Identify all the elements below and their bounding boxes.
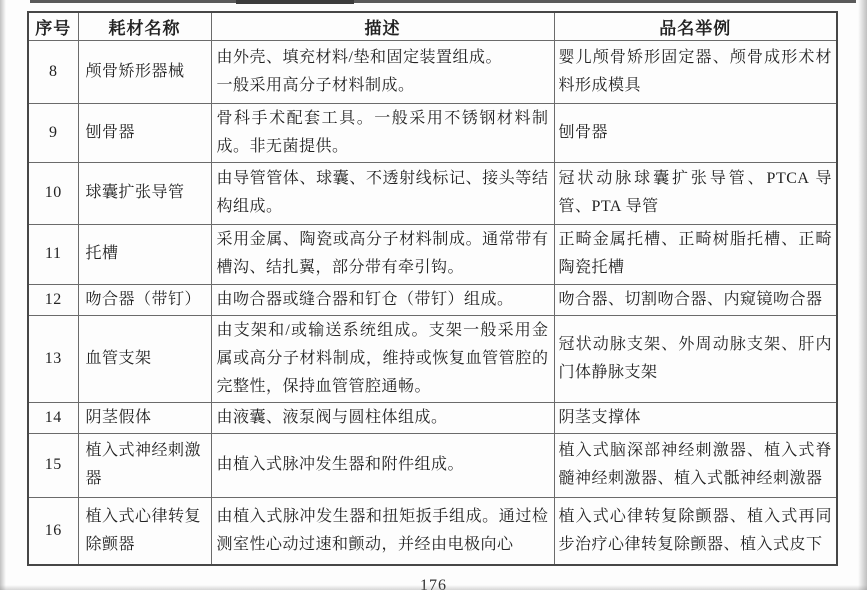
cell-description: 由植入式脉冲发生器和扭矩扳手组成。通过检测室性心动过速和颤动，并经由电极向心 xyxy=(211,497,554,565)
cell-no: 15 xyxy=(28,433,78,497)
medical-consumables-table: 序号 耗材名称 描述 品名举例 8 颅骨矫形器械 由外壳、填充材料/垫和固定装置… xyxy=(27,11,838,566)
cell-name: 植入式心律转复除颤器 xyxy=(78,497,211,565)
cell-description: 骨科手术配套工具。一般采用不锈钢材料制成。非无菌提供。 xyxy=(211,103,554,162)
cell-no: 8 xyxy=(28,40,78,103)
cell-description: 由导管管体、球囊、不透射线标记、接头等结构组成。 xyxy=(211,162,554,224)
cell-examples: 刨骨器 xyxy=(554,103,837,162)
cell-no: 14 xyxy=(28,402,78,433)
scan-edge-bottom xyxy=(0,585,867,590)
table-row: 10 球囊扩张导管 由导管管体、球囊、不透射线标记、接头等结构组成。 冠状动脉球… xyxy=(28,162,837,224)
cell-no: 11 xyxy=(28,224,78,284)
cell-description: 由支架和/或输送系统组成。支架一般采用金属或高分子材料制成，维持或恢复血管管腔的… xyxy=(211,315,554,402)
cell-examples: 冠状动脉支架、外周动脉支架、肝内门体静脉支架 xyxy=(554,315,837,402)
page-top-crop-line-dark-segment xyxy=(236,0,354,4)
scan-edge-right xyxy=(858,0,867,590)
cell-examples: 植入式脑深部神经刺激器、植入式脊髓神经刺激器、植入式骶神经刺激器 xyxy=(554,433,837,497)
page-top-crop-line xyxy=(30,0,856,3)
cell-name: 植入式神经刺激器 xyxy=(78,433,211,497)
cell-name: 球囊扩张导管 xyxy=(78,162,211,224)
table-header-row: 序号 耗材名称 描述 品名举例 xyxy=(28,12,837,40)
cell-no: 10 xyxy=(28,162,78,224)
cell-no: 16 xyxy=(28,497,78,565)
cell-description: 由吻合器或缝合器和钉仓（带钉）组成。 xyxy=(211,284,554,315)
column-header-no: 序号 xyxy=(28,12,78,40)
cell-description: 由植入式脉冲发生器和附件组成。 xyxy=(211,433,554,497)
column-header-examples: 品名举例 xyxy=(554,12,837,40)
cell-description: 采用金属、陶瓷或高分子材料制成。通常带有槽沟、结扎翼，部分带有牵引钩。 xyxy=(211,224,554,284)
cell-examples: 冠状动脉球囊扩张导管、PTCA 导管、PTA 导管 xyxy=(554,162,837,224)
cell-name: 颅骨矫形器械 xyxy=(78,40,211,103)
cell-name: 血管支架 xyxy=(78,315,211,402)
cell-examples: 植入式心律转复除颤器、植入式再同步治疗心律转复除颤器、植入式皮下 xyxy=(554,497,837,565)
cell-name: 吻合器（带钉） xyxy=(78,284,211,315)
cell-no: 12 xyxy=(28,284,78,315)
cell-description: 由液囊、液泵阀与圆柱体组成。 xyxy=(211,402,554,433)
cell-name: 托槽 xyxy=(78,224,211,284)
cell-no: 13 xyxy=(28,315,78,402)
column-header-name: 耗材名称 xyxy=(78,12,211,40)
cell-examples: 阴茎支撑体 xyxy=(554,402,837,433)
cell-examples: 正畸金属托槽、正畸树脂托槽、正畸陶瓷托槽 xyxy=(554,224,837,284)
table-row: 14 阴茎假体 由液囊、液泵阀与圆柱体组成。 阴茎支撑体 xyxy=(28,402,837,433)
column-header-description: 描述 xyxy=(211,12,554,40)
table-row: 9 刨骨器 骨科手术配套工具。一般采用不锈钢材料制成。非无菌提供。 刨骨器 xyxy=(28,103,837,162)
cell-examples: 吻合器、切割吻合器、内窥镜吻合器 xyxy=(554,284,837,315)
cell-examples: 婴儿颅骨矫形固定器、颅骨成形术材料形成模具 xyxy=(554,40,837,103)
scan-edge-left xyxy=(0,0,6,590)
table-row: 13 血管支架 由支架和/或输送系统组成。支架一般采用金属或高分子材料制成，维持… xyxy=(28,315,837,402)
table-row: 11 托槽 采用金属、陶瓷或高分子材料制成。通常带有槽沟、结扎翼，部分带有牵引钩… xyxy=(28,224,837,284)
table-row: 16 植入式心律转复除颤器 由植入式脉冲发生器和扭矩扳手组成。通过检测室性心动过… xyxy=(28,497,837,565)
cell-description: 由外壳、填充材料/垫和固定装置组成。 一般采用高分子材料制成。 xyxy=(211,40,554,103)
table-row: 12 吻合器（带钉） 由吻合器或缝合器和钉仓（带钉）组成。 吻合器、切割吻合器、… xyxy=(28,284,837,315)
document-page: 序号 耗材名称 描述 品名举例 8 颅骨矫形器械 由外壳、填充材料/垫和固定装置… xyxy=(0,0,867,590)
table-row: 15 植入式神经刺激器 由植入式脉冲发生器和附件组成。 植入式脑深部神经刺激器、… xyxy=(28,433,837,497)
table-row: 8 颅骨矫形器械 由外壳、填充材料/垫和固定装置组成。 一般采用高分子材料制成。… xyxy=(28,40,837,103)
cell-name: 刨骨器 xyxy=(78,103,211,162)
cell-name: 阴茎假体 xyxy=(78,402,211,433)
cell-no: 9 xyxy=(28,103,78,162)
